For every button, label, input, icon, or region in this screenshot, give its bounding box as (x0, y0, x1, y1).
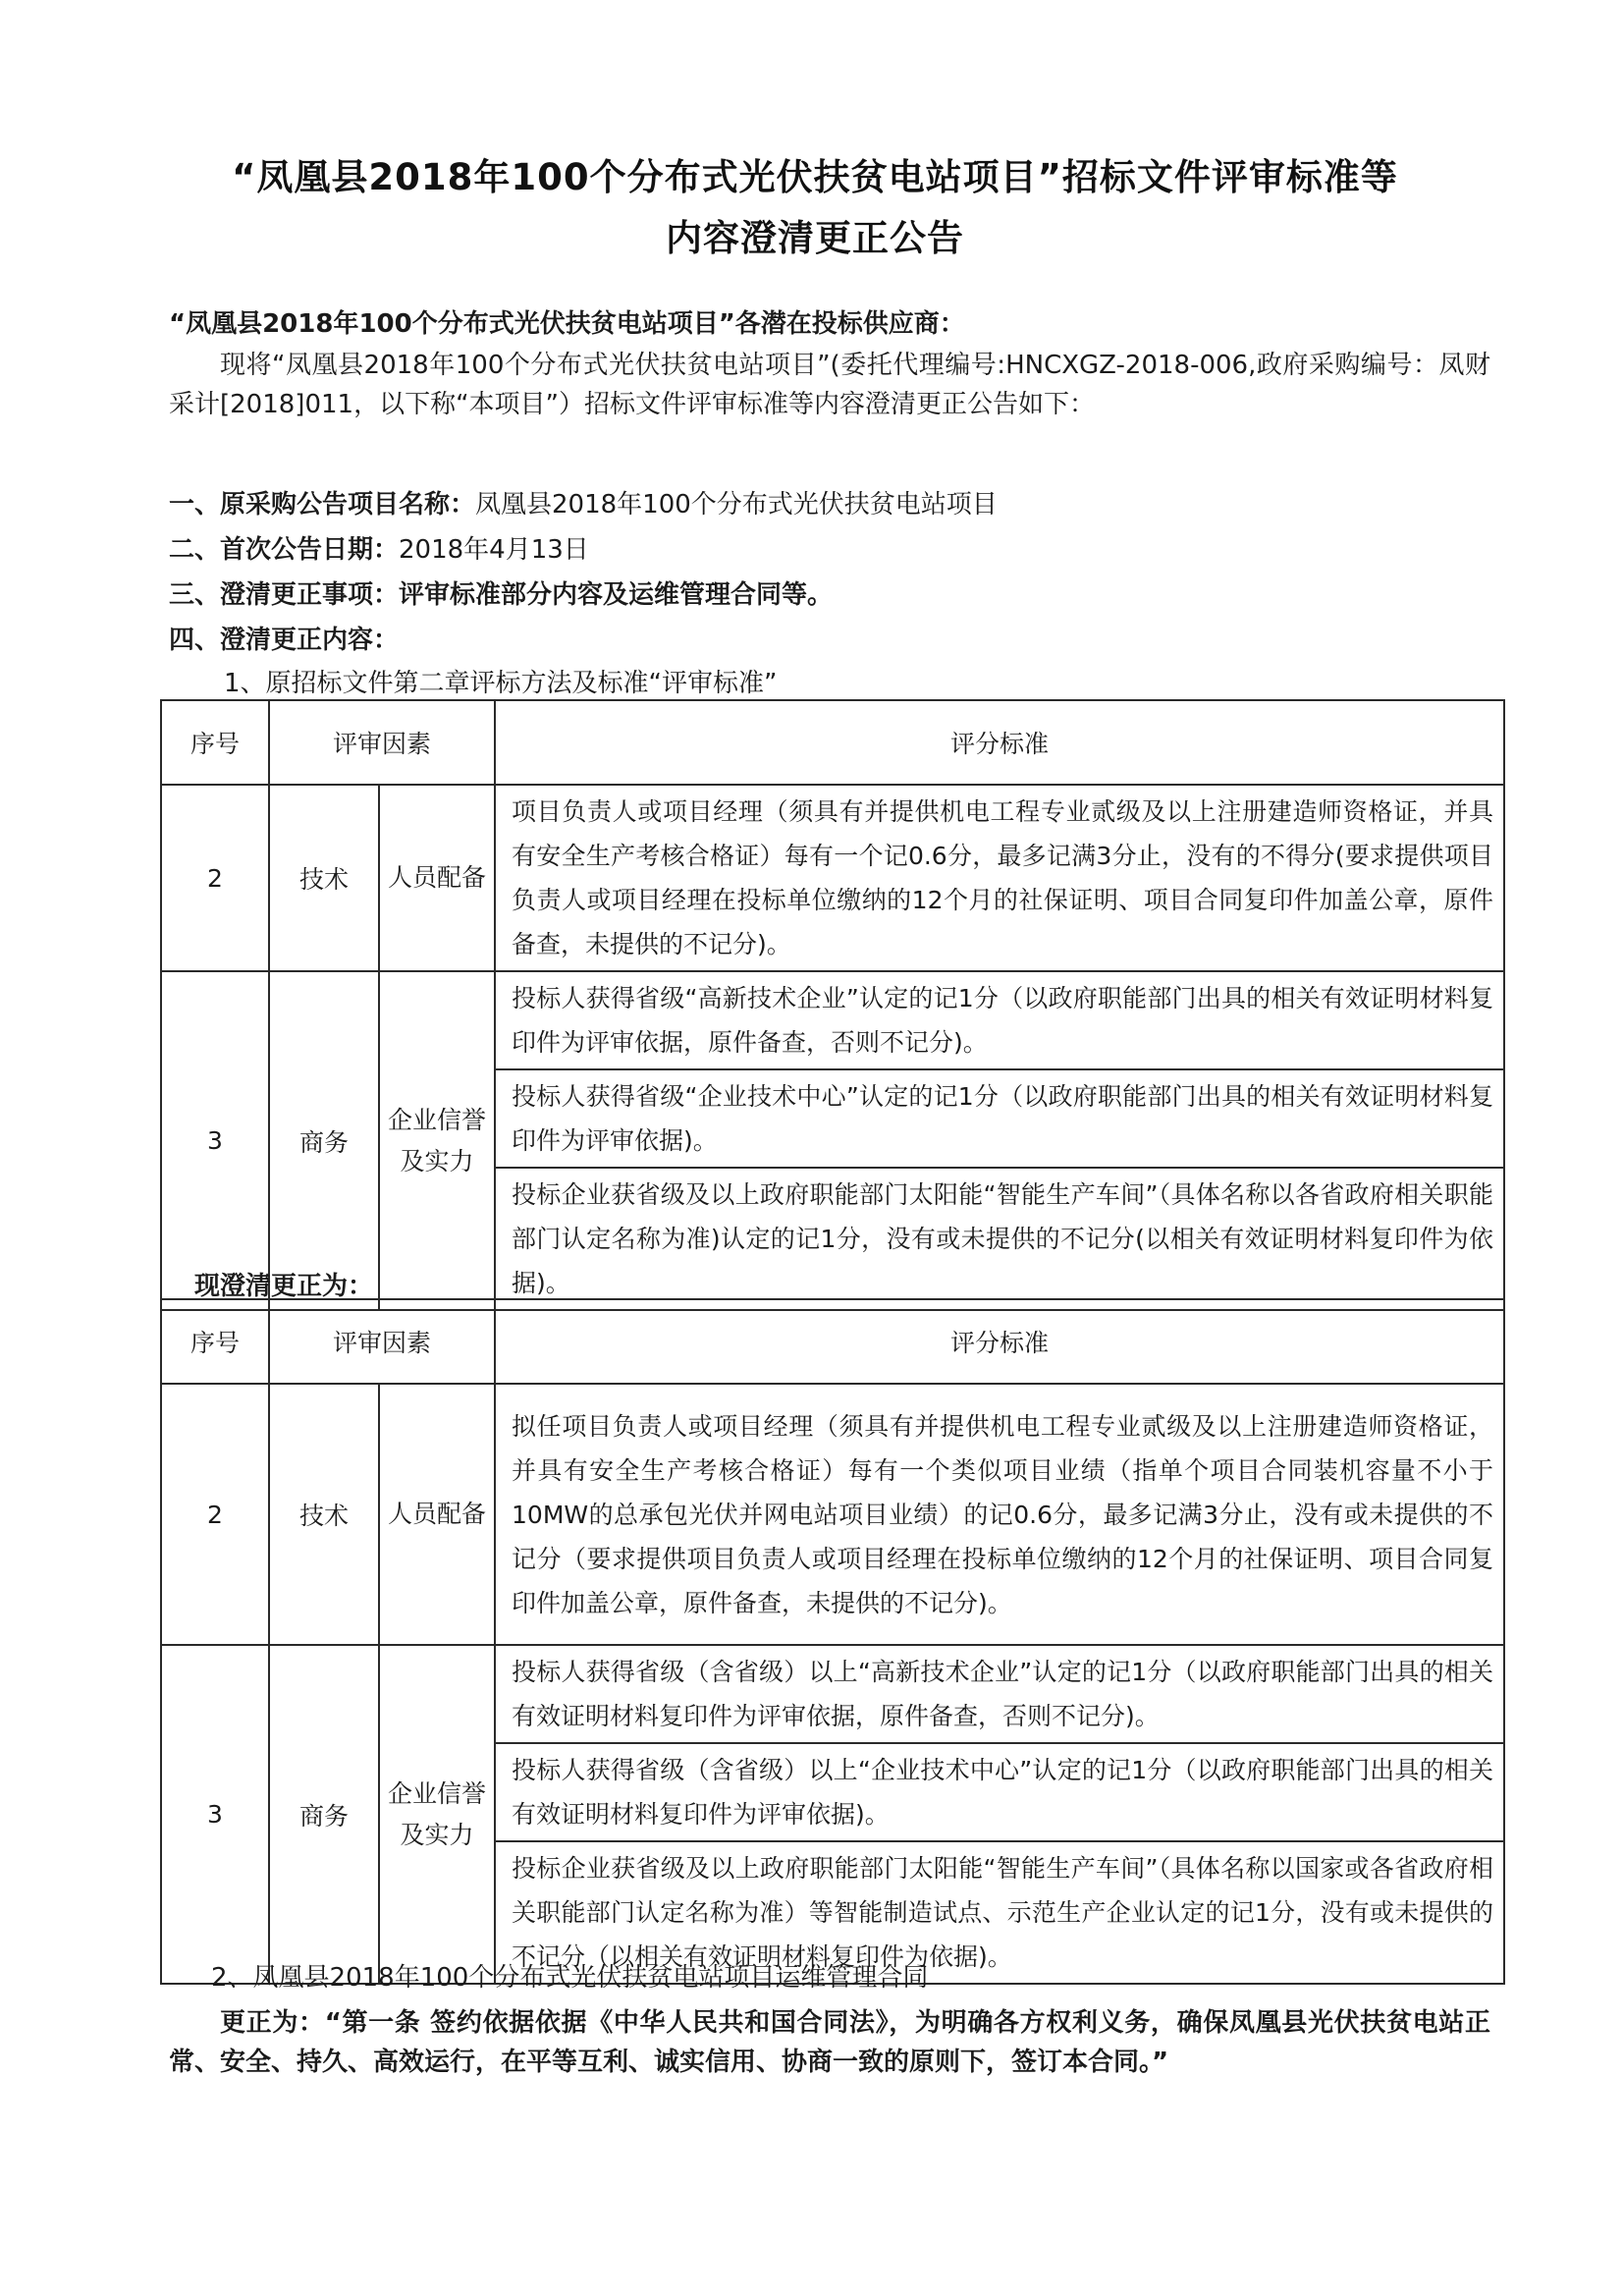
row-category: 商务 (269, 1645, 379, 1984)
header-standard: 评分标准 (495, 700, 1504, 785)
row-subcategory: 企业信誉及实力 (379, 1645, 495, 1984)
table-header-row: 序号 评审因素 评分标准 (161, 700, 1504, 785)
header-standard: 评分标准 (495, 1299, 1504, 1384)
row-no: 3 (161, 1645, 269, 1984)
section-3: 三、澄清更正事项：评审标准部分内容及运维管理合同等。 (169, 575, 1504, 615)
row-subcategory: 人员配备 (379, 785, 495, 971)
row-subcategory: 企业信誉及实力 (379, 971, 495, 1310)
row-category: 技术 (269, 785, 379, 971)
row-no: 2 (161, 1384, 269, 1645)
section-1-label: 一、原采购公告项目名称： (169, 490, 475, 519)
table-row: 2 技术 人员配备 项目负责人或项目经理（须具有并提供机电工程专业贰级及以上注册… (161, 785, 1504, 971)
section-2: 二、首次公告日期：2018年4月13日 (169, 530, 1504, 570)
original-criteria-table: 序号 评审因素 评分标准 2 技术 人员配备 项目负责人或项目经理（须具有并提供… (160, 699, 1505, 1311)
table-row: 2 技术 人员配备 拟任项目负责人或项目经理（须具有并提供机电工程专业贰级及以上… (161, 1384, 1504, 1645)
section-2-value: 2018年4月13日 (399, 535, 589, 565)
section-2-label: 二、首次公告日期： (169, 535, 399, 565)
section-3-label: 三、澄清更正事项： (169, 580, 399, 610)
intro-paragraph: 现将“凤凰县2018年100个分布式光伏扶贫电站项目”(委托代理编号:HNCXG… (169, 346, 1490, 424)
section-4-label: 四、澄清更正内容： (169, 626, 399, 655)
section-1-value: 凤凰县2018年100个分布式光伏扶贫电站项目 (475, 490, 998, 519)
row-no: 3 (161, 971, 269, 1310)
header-factor: 评审因素 (269, 700, 495, 785)
salutation: “凤凰县2018年100个分布式光伏扶贫电站项目”各潜在投标供应商： (169, 304, 1504, 344)
document-title-line-1: “凤凰县2018年100个分布式光伏扶贫电站项目”招标文件评审标准等 (147, 147, 1483, 200)
row-category: 技术 (269, 1384, 379, 1645)
header-no: 序号 (161, 1299, 269, 1384)
section-1: 一、原采购公告项目名称：凤凰县2018年100个分布式光伏扶贫电站项目 (169, 485, 1504, 524)
item-2-text: “第一条 签约依据依据《中华人民共和国合同法》，为明确各方权利义务，确保凤凰县光… (169, 2008, 1490, 2077)
header-factor: 评审因素 (269, 1299, 495, 1384)
section-3-value: 评审标准部分内容及运维管理合同等。 (399, 580, 833, 610)
corrected-criteria-table: 序号 评审因素 评分标准 2 技术 人员配备 拟任项目负责人或项目经理（须具有并… (160, 1298, 1505, 1985)
row-subcategory: 人员配备 (379, 1384, 495, 1645)
row-criteria: 投标人获得省级“高新技术企业”认定的记1分（以政府职能部门出具的相关有效证明材料… (495, 971, 1504, 1069)
document-title-line-2: 内容澄清更正公告 (147, 208, 1483, 261)
section-4: 四、澄清更正内容： (169, 621, 1504, 660)
item-2-paragraph: 更正为：“第一条 签约依据依据《中华人民共和国合同法》，为明确各方权利义务，确保… (169, 2003, 1490, 2082)
row-criteria: 投标人获得省级（含省级）以上“高新技术企业”认定的记1分（以政府职能部门出具的相… (495, 1645, 1504, 1743)
row-criteria: 项目负责人或项目经理（须具有并提供机电工程专业贰级及以上注册建造师资格证，并具有… (495, 785, 1504, 971)
document-page: “凤凰县2018年100个分布式光伏扶贫电站项目”招标文件评审标准等 内容澄清更… (0, 0, 1623, 2296)
header-no: 序号 (161, 700, 269, 785)
table-header-row: 序号 评审因素 评分标准 (161, 1299, 1504, 1384)
row-category: 商务 (269, 971, 379, 1310)
row-criteria: 投标人获得省级“企业技术中心”认定的记1分（以政府职能部门出具的相关有效证明材料… (495, 1069, 1504, 1168)
item-1-heading: 1、原招标文件第二章评标方法及标准“评审标准” (224, 664, 1559, 703)
row-criteria: 投标人获得省级（含省级）以上“企业技术中心”认定的记1分（以政府职能部门出具的相… (495, 1743, 1504, 1841)
item-2-label: 更正为： (220, 2008, 325, 2038)
table-row: 3 商务 企业信誉及实力 投标人获得省级（含省级）以上“高新技术企业”认定的记1… (161, 1645, 1504, 1743)
table-row: 3 商务 企业信誉及实力 投标人获得省级“高新技术企业”认定的记1分（以政府职能… (161, 971, 1504, 1069)
item-2-heading: 2、凤凰县2018年100个分布式光伏扶贫电站项目运维管理合同 (211, 1958, 1546, 1997)
row-criteria: 拟任项目负责人或项目经理（须具有并提供机电工程专业贰级及以上注册建造师资格证，并… (495, 1384, 1504, 1645)
row-no: 2 (161, 785, 269, 971)
